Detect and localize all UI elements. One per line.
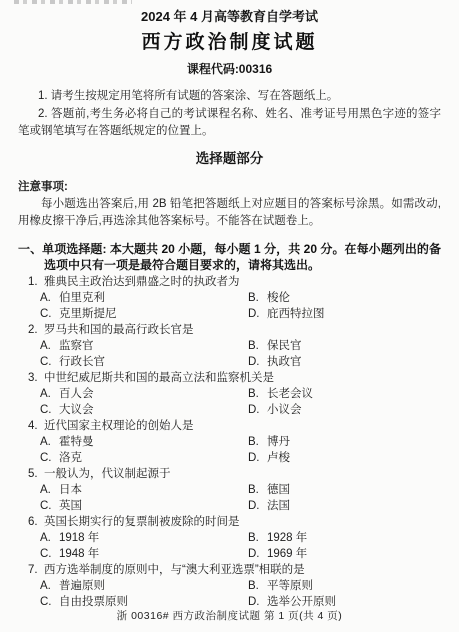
option-letter: D.	[248, 498, 263, 514]
option-text: 克里斯提尼	[59, 308, 117, 320]
question-text: 雅典民主政治达到鼎盛之时的执政者为	[44, 276, 240, 288]
question-text: 近代国家主权理论的创始人是	[44, 420, 194, 432]
option-letter: C.	[40, 450, 55, 466]
option-letter: B.	[248, 530, 263, 546]
option-c: C.1948 年	[40, 546, 248, 562]
option-c: C.克里斯提尼	[40, 306, 248, 322]
option-c: C.行政长官	[40, 354, 248, 370]
option-text: 保民官	[267, 340, 302, 352]
question-list: 1.雅典民主政治达到鼎盛之时的执政者为 A.伯里克利 B.梭伦 C.克里斯提尼 …	[18, 274, 441, 610]
option-b: B.保民官	[248, 338, 441, 354]
option-text: 霍特曼	[59, 436, 94, 448]
option-c: C.大议会	[40, 402, 248, 418]
option-letter: A.	[40, 578, 55, 594]
option-a: A.日本	[40, 482, 248, 498]
option-text: 日本	[59, 484, 82, 496]
option-letter: C.	[40, 402, 55, 418]
option-a: A.监察官	[40, 338, 248, 354]
question-text: 一般认为，代议制起源于	[44, 468, 171, 480]
notice-body: 每小题选出答案后,用 2B 铅笔把答题纸上对应题目的答案标号涂黑。如需改动,用橡…	[18, 196, 441, 230]
instructions: 1. 请考生按规定用笔将所有试题的答案涂、写在答题纸上。 2. 答题前,考生务必…	[18, 88, 441, 141]
question-text: 罗马共和国的最高行政长官是	[44, 324, 194, 336]
options: A.日本 B.德国 C.英国 D.法国	[18, 482, 441, 514]
question-7: 7.西方选举制度的原则中，与“澳大利亚选票”相联的是 A.普遍原则 B.平等原则…	[18, 562, 441, 610]
option-letter: D.	[248, 354, 263, 370]
option-text: 自由投票原则	[59, 596, 128, 608]
question-2: 2.罗马共和国的最高行政长官是 A.监察官 B.保民官 C.行政长官 D.执政官	[18, 322, 441, 370]
option-text: 监察官	[59, 340, 94, 352]
option-letter: A.	[40, 338, 55, 354]
cutoff-text-fragment	[14, 0, 132, 4]
question-number: 2.	[28, 322, 44, 338]
option-letter: C.	[40, 306, 55, 322]
option-a: A.普遍原则	[40, 578, 248, 594]
option-letter: C.	[40, 498, 55, 514]
part-one-heading: 一、单项选择题: 本大题共 20 小题，每小题 1 分，共 20 分。在每小题列…	[18, 241, 441, 273]
option-letter: A.	[40, 482, 55, 498]
question-text: 西方选举制度的原则中，与“澳大利亚选票”相联的是	[44, 564, 305, 576]
option-d: D.法国	[248, 498, 441, 514]
exam-paper-page: 2024 年 4 月高等教育自学考试 西方政治制度试题 课程代码:00316 1…	[0, 0, 459, 632]
question-number: 4.	[28, 418, 44, 434]
option-b: B.长老会议	[248, 386, 441, 402]
option-text: 百人会	[59, 388, 94, 400]
options: A.霍特曼 B.博丹 C.洛克 D.卢梭	[18, 434, 441, 466]
option-letter: D.	[248, 402, 263, 418]
page-footer: 浙 00316# 西方政治制度试题 第 1 页(共 4 页)	[0, 608, 459, 623]
question-stem: 7.西方选举制度的原则中，与“澳大利亚选票”相联的是	[18, 562, 441, 578]
section-title: 选择题部分	[18, 151, 441, 167]
option-d: D.庇西特拉图	[248, 306, 441, 322]
option-letter: B.	[248, 386, 263, 402]
option-letter: D.	[248, 450, 263, 466]
question-text: 英国长期实行的复票制被废除的时间是	[44, 516, 240, 528]
option-text: 英国	[59, 500, 82, 512]
option-text: 1948 年	[59, 548, 99, 560]
instruction-item-1: 1. 请考生按规定用笔将所有试题的答案涂、写在答题纸上。	[18, 88, 441, 106]
option-text: 行政长官	[59, 356, 105, 368]
option-letter: B.	[248, 290, 263, 306]
option-letter: B.	[248, 482, 263, 498]
option-a: A.百人会	[40, 386, 248, 402]
option-b: B.梭伦	[248, 290, 441, 306]
option-b: B.德国	[248, 482, 441, 498]
question-number: 5.	[28, 466, 44, 482]
title-block: 2024 年 4 月高等教育自学考试 西方政治制度试题 课程代码:00316	[18, 0, 441, 76]
option-letter: D.	[248, 306, 263, 322]
question-number: 3.	[28, 370, 44, 386]
option-letter: A.	[40, 290, 55, 306]
question-number: 1.	[28, 274, 44, 290]
question-stem: 1.雅典民主政治达到鼎盛之时的执政者为	[18, 274, 441, 290]
option-text: 庇西特拉图	[267, 308, 325, 320]
paper-title: 西方政治制度试题	[18, 32, 441, 54]
question-4: 4.近代国家主权理论的创始人是 A.霍特曼 B.博丹 C.洛克 D.卢梭	[18, 418, 441, 466]
options: A.监察官 B.保民官 C.行政长官 D.执政官	[18, 338, 441, 370]
question-6: 6.英国长期实行的复票制被废除的时间是 A.1918 年 B.1928 年 C.…	[18, 514, 441, 562]
option-letter: D.	[248, 546, 263, 562]
option-text: 1918 年	[59, 532, 99, 544]
question-number: 7.	[28, 562, 44, 578]
option-text: 平等原则	[267, 580, 313, 592]
option-letter: A.	[40, 434, 55, 450]
question-1: 1.雅典民主政治达到鼎盛之时的执政者为 A.伯里克利 B.梭伦 C.克里斯提尼 …	[18, 274, 441, 322]
question-number: 6.	[28, 514, 44, 530]
option-text: 卢梭	[267, 452, 290, 464]
question-stem: 6.英国长期实行的复票制被废除的时间是	[18, 514, 441, 530]
notice-title: 注意事项:	[18, 179, 441, 196]
option-letter: A.	[40, 530, 55, 546]
instruction-item-2: 2. 答题前,考生务必将自己的考试课程名称、姓名、准考证号用黑色字迹的签字笔或钢…	[18, 106, 441, 141]
question-stem: 5.一般认为，代议制起源于	[18, 466, 441, 482]
option-d: D.执政官	[248, 354, 441, 370]
option-b: B.平等原则	[248, 578, 441, 594]
question-stem: 4.近代国家主权理论的创始人是	[18, 418, 441, 434]
exam-session-title: 2024 年 4 月高等教育自学考试	[18, 9, 441, 24]
options: A.百人会 B.长老会议 C.大议会 D.小议会	[18, 386, 441, 418]
option-b: B.博丹	[248, 434, 441, 450]
option-c: C.英国	[40, 498, 248, 514]
question-stem: 2.罗马共和国的最高行政长官是	[18, 322, 441, 338]
option-text: 洛克	[59, 452, 82, 464]
option-text: 博丹	[267, 436, 290, 448]
course-code: 课程代码:00316	[18, 62, 441, 76]
option-text: 大议会	[59, 404, 94, 416]
option-letter: B.	[248, 434, 263, 450]
option-text: 小议会	[267, 404, 302, 416]
option-text: 普遍原则	[59, 580, 105, 592]
options: A.普遍原则 B.平等原则 C.自由投票原则 D.选举公开原则	[18, 578, 441, 610]
option-text: 德国	[267, 484, 290, 496]
option-text: 1928 年	[267, 532, 307, 544]
option-b: B.1928 年	[248, 530, 441, 546]
option-a: A.伯里克利	[40, 290, 248, 306]
option-text: 1969 年	[267, 548, 307, 560]
question-5: 5.一般认为，代议制起源于 A.日本 B.德国 C.英国 D.法国	[18, 466, 441, 514]
option-text: 选举公开原则	[267, 596, 336, 608]
notice: 注意事项: 每小题选出答案后,用 2B 铅笔把答题纸上对应题目的答案标号涂黑。如…	[18, 179, 441, 230]
option-letter: C.	[40, 546, 55, 562]
option-a: A.霍特曼	[40, 434, 248, 450]
option-d: D.卢梭	[248, 450, 441, 466]
option-letter: B.	[248, 338, 263, 354]
question-stem: 3.中世纪威尼斯共和国的最高立法和监察机关是	[18, 370, 441, 386]
option-text: 长老会议	[267, 388, 313, 400]
option-letter: A.	[40, 386, 55, 402]
options: A.1918 年 B.1928 年 C.1948 年 D.1969 年	[18, 530, 441, 562]
option-letter: C.	[40, 354, 55, 370]
option-a: A.1918 年	[40, 530, 248, 546]
question-3: 3.中世纪威尼斯共和国的最高立法和监察机关是 A.百人会 B.长老会议 C.大议…	[18, 370, 441, 418]
option-d: D.1969 年	[248, 546, 441, 562]
option-text: 梭伦	[267, 292, 290, 304]
question-text: 中世纪威尼斯共和国的最高立法和监察机关是	[44, 372, 274, 384]
option-text: 伯里克利	[59, 292, 105, 304]
option-letter: B.	[248, 578, 263, 594]
option-text: 执政官	[267, 356, 302, 368]
option-d: D.小议会	[248, 402, 441, 418]
options: A.伯里克利 B.梭伦 C.克里斯提尼 D.庇西特拉图	[18, 290, 441, 322]
option-text: 法国	[267, 500, 290, 512]
option-c: C.洛克	[40, 450, 248, 466]
